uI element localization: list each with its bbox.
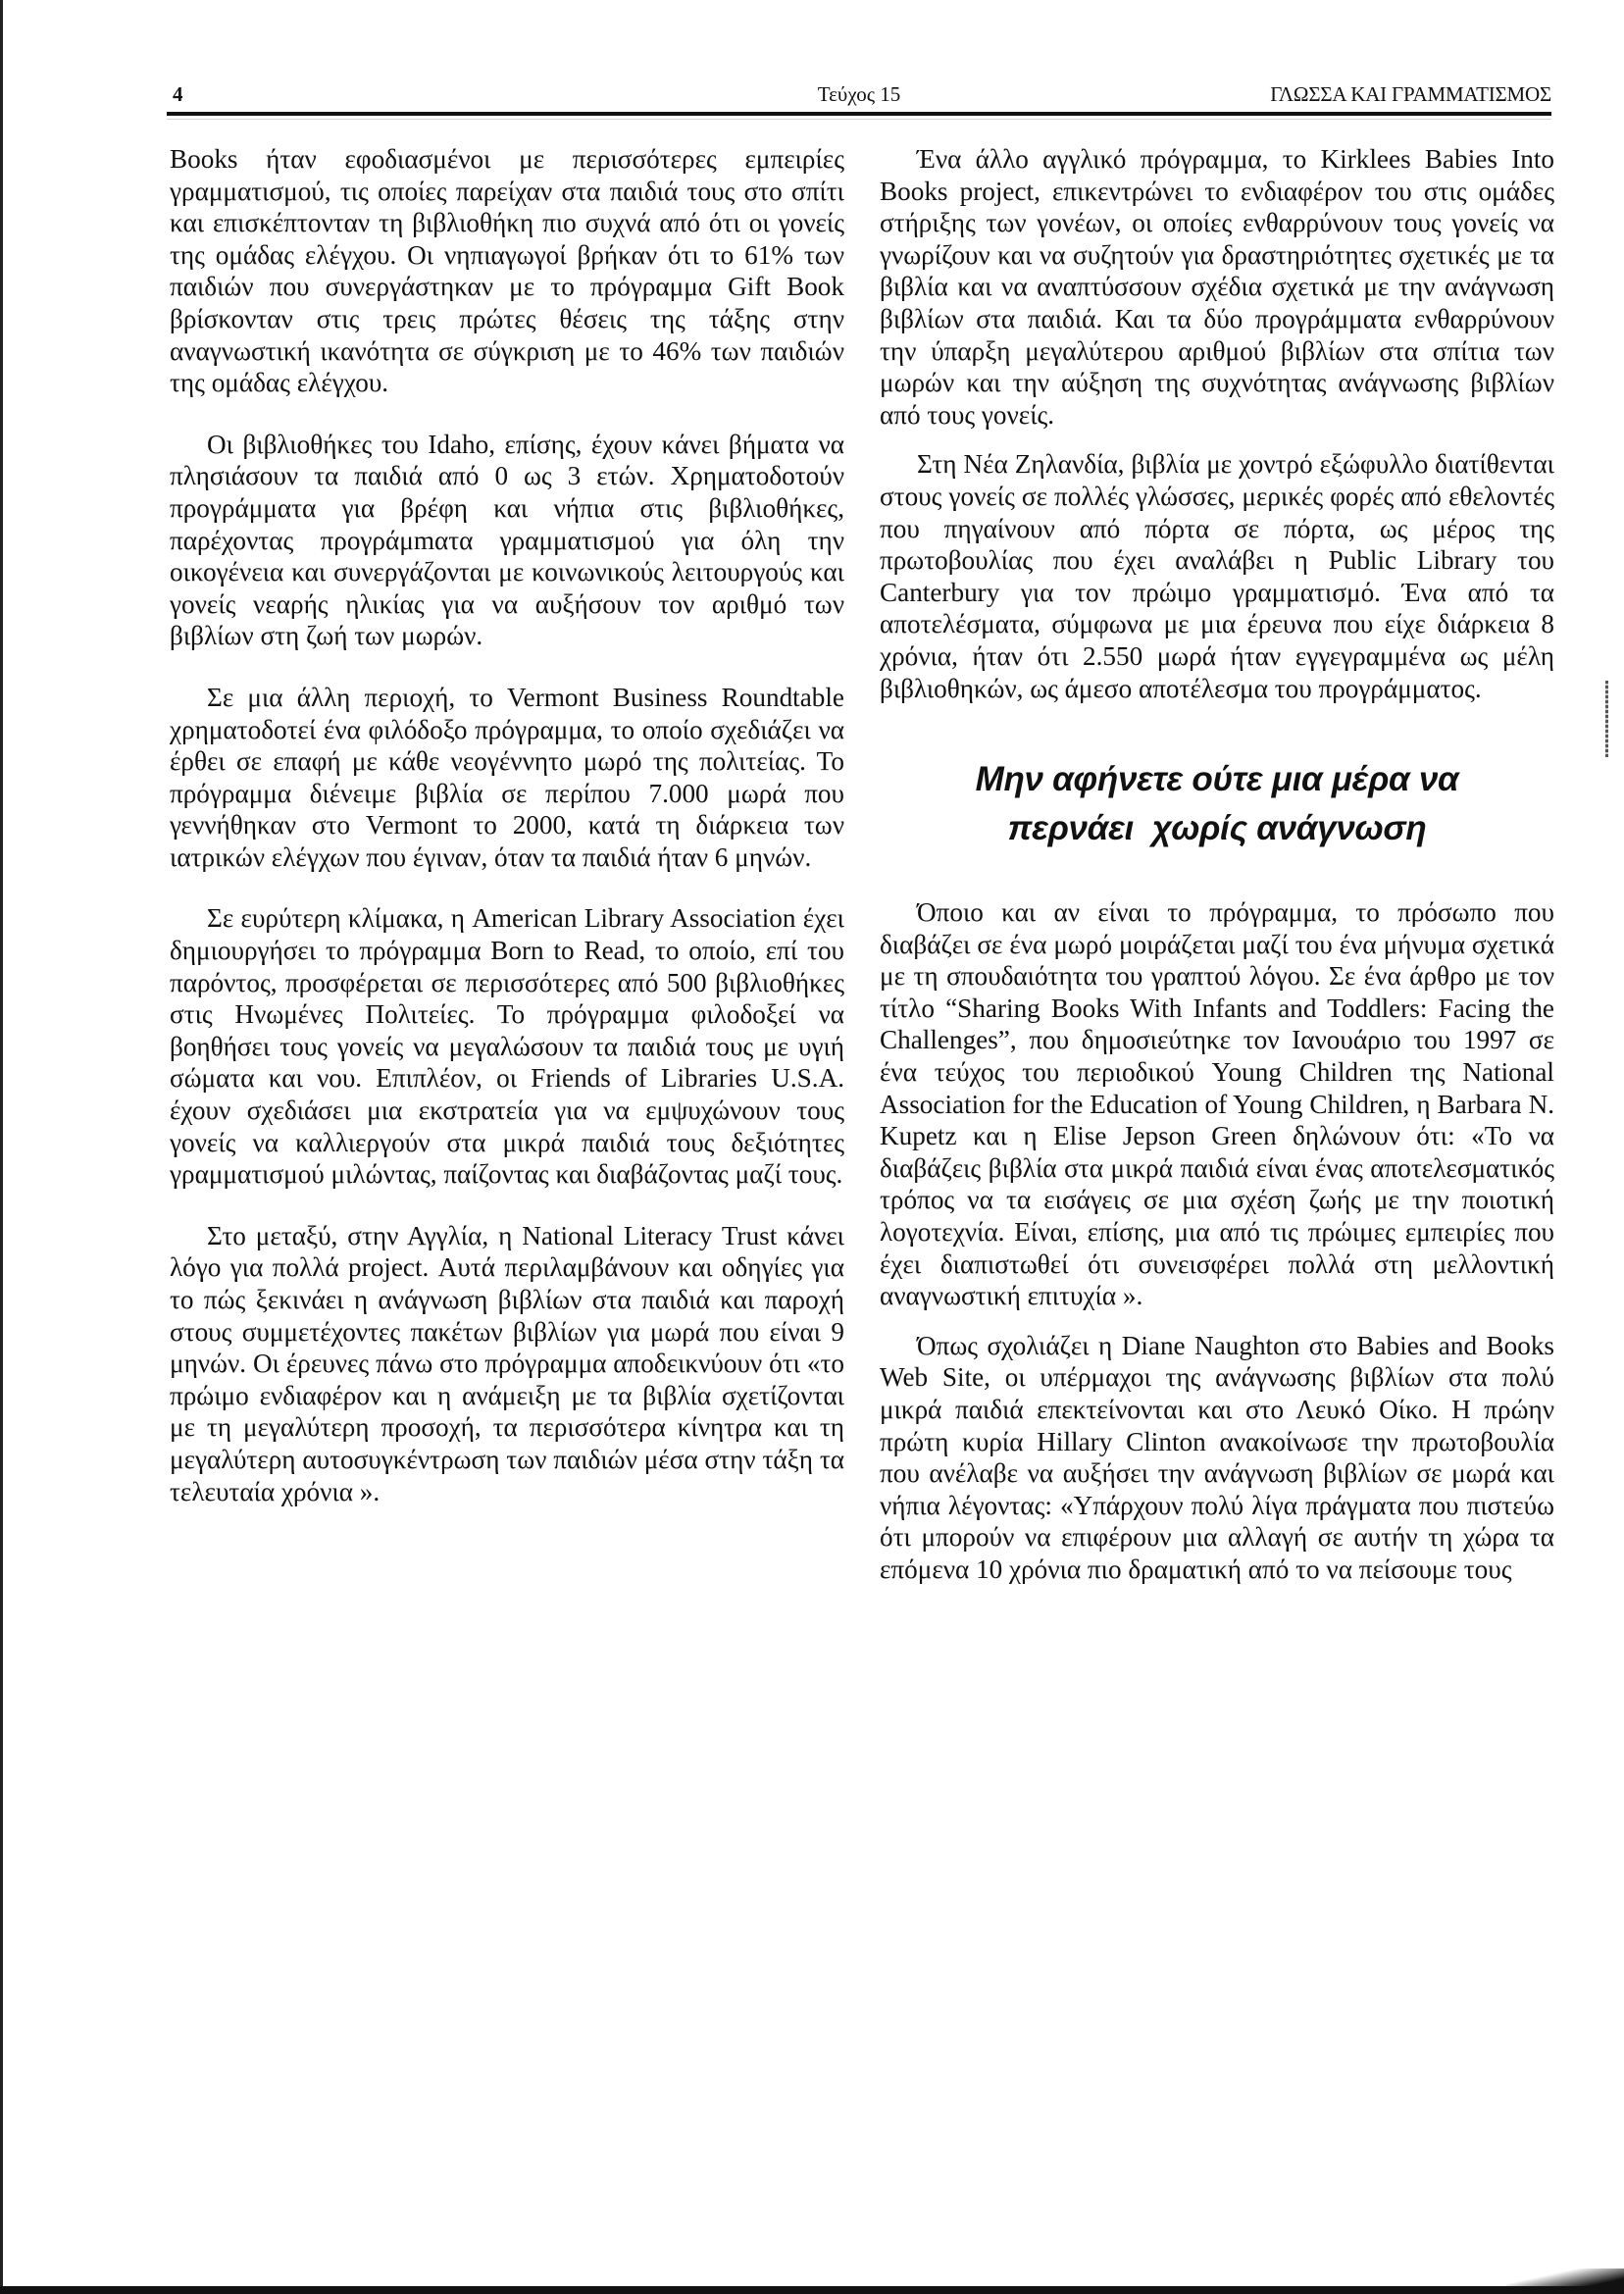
scan-edge-left: [0, 0, 3, 2294]
paragraph: Στο μεταξύ, στην Αγγλία, η National Lite…: [170, 1220, 844, 1507]
paragraph: Στη Νέα Ζηλανδία, βιβλία με χοντρό εξώ­φ…: [880, 448, 1554, 704]
section-heading-line-1: Μην αφήνετε ούτε μια μέρα να: [976, 760, 1459, 798]
left-column: Books ήταν εφοδιασμένοι με περισσότερες …: [170, 143, 844, 1537]
paragraph: Όποιο και αν είναι το πρόγραμμα, το πρόσ…: [880, 896, 1554, 1312]
header-rule: [167, 112, 1551, 116]
scan-artifact-mark: [1605, 681, 1608, 757]
section-heading: Μην αφήνετε ούτε μια μέρα να περνάει χωρ…: [880, 755, 1554, 853]
scan-edge-corner: [1506, 2269, 1624, 2294]
right-column: Ένα άλλο αγγλικό πρόγραμμα, το Kirklees …: [880, 143, 1554, 1615]
journal-title: ΓΛΩΣΣΑ ΚΑΙ ΓΡΑΜΜΑΤΙΣΜΟΣ: [1270, 82, 1551, 107]
section-heading-line-2: περνάει χωρίς ανάγνωση: [1008, 809, 1427, 847]
paragraph: Σε ευρύτερη κλίμακα, η American Library …: [170, 902, 844, 1190]
paragraph: Σε μια άλλη περιοχή, το Vermont Business…: [170, 682, 844, 874]
header-rule-shadow: [167, 119, 1551, 120]
paragraph: Books ήταν εφοδιασμένοι με περισσότερες …: [170, 143, 844, 399]
running-header: 4 Τεύχος 15 ΓΛΩΣΣΑ ΚΑΙ ΓΡΑΜΜΑΤΙΣΜΟΣ: [167, 82, 1551, 116]
paragraph: Ένα άλλο αγγλικό πρόγραμμα, το Kirklees …: [880, 143, 1554, 431]
paragraph: Οι βιβλιοθήκες του Idaho, επίσης, έχουν …: [170, 429, 844, 652]
paragraph: Όπως σχολιάζει η Diane Naughton στο Babi…: [880, 1330, 1554, 1586]
scan-edge-bottom: [0, 2286, 1624, 2294]
